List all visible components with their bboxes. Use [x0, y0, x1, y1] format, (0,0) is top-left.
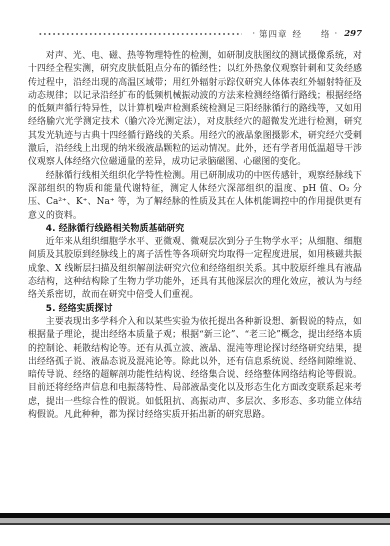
header-separator-dot: · — [252, 29, 255, 39]
paragraph-physical-detection: 对声、光、电、磁、热等物理特性的检测，如研制皮肤图纹的测试摄像系统，对十四经全程… — [28, 50, 362, 170]
paragraph-histochemical-detection: 经脉循行线相关组织化学特性检测。用已研制成功的中医传感针，观察经脉线下深部组织的… — [28, 170, 362, 223]
header-dotted-leader — [38, 30, 242, 38]
section-heading-4: 4. 经脉循行线路相关物质基础研究 — [28, 223, 362, 236]
section-heading-5: 5. 经络实质探讨 — [28, 303, 362, 316]
header-separator-dot-2: · — [335, 29, 338, 39]
page-number: 297 — [344, 29, 362, 39]
running-header: · 第四章 经 络 · 297 — [38, 28, 362, 40]
page-body: 对声、光、电、磁、热等物理特性的检测，如研制皮肤图纹的测试摄像系统，对十四经全程… — [28, 50, 362, 422]
paragraph-material-basis: 近年来从组织细胞学水平、亚微观、微观层次到分子生物学水平；从细胞、细胞间质及其胶… — [28, 236, 362, 302]
chapter-title: 经 络 — [293, 28, 331, 40]
chapter-label: 第四章 — [259, 28, 288, 40]
paragraph-essence-discussion: 主要表现出多学科介入和以某些实验为依托提出各种新设想、新假说的特点，如根据量子理… — [28, 316, 362, 422]
book-page: · 第四章 经 络 · 297 对声、光、电、磁、热等物理特性的检测，如研制皮肤… — [0, 0, 390, 546]
scan-edge-thin-line — [0, 523, 390, 525]
